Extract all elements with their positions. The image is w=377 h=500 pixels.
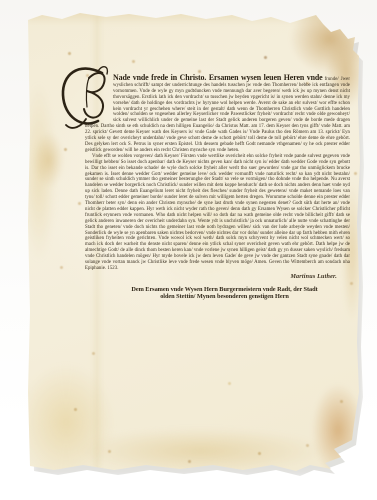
calligraphic-initial-g-icon bbox=[58, 63, 110, 129]
paragraph1-text: frunde/ Jwer wyslichen schrifft/ sampt d… bbox=[85, 77, 350, 153]
address-line-2: olden Stettin/ Mynen besonderen genstige… bbox=[99, 293, 350, 300]
stain-bottom-left bbox=[18, 364, 114, 480]
address-line-1: Dem Ersamen vnde Wysen Hern Burgermeiste… bbox=[99, 286, 350, 293]
paragraph-second: Vnde efft se wolden vorgeven/ dath Keyse… bbox=[85, 154, 350, 272]
photo-stage: G Nade vnde frede in Christo. Ersamen wy… bbox=[0, 0, 377, 500]
stain-left-spots bbox=[34, 132, 64, 188]
drop-cap-initial: G bbox=[85, 75, 113, 119]
foxing-spots bbox=[68, 52, 71, 55]
paragraph2-text: Vnde efft se wolden vorgeven/ dath Keyse… bbox=[85, 154, 350, 265]
salutation-line: Nade vnde frede in Christo. Ersamen wyse… bbox=[113, 73, 323, 82]
paragraph-first: G Nade vnde frede in Christo. Ersamen wy… bbox=[85, 75, 350, 154]
stain-top-band bbox=[28, 8, 360, 24]
letter-text-block: G Nade vnde frede in Christo. Ersamen wy… bbox=[85, 75, 350, 300]
signature-martinus-luther: Martinus Luther. bbox=[85, 275, 350, 281]
paper-sheet: G Nade vnde frede in Christo. Ersamen wy… bbox=[28, 12, 360, 473]
stain-top-right-corner bbox=[290, 4, 370, 74]
stain-left-edge bbox=[22, 82, 56, 262]
address-block: Dem Ersamen vnde Wysen Hern Burgermeiste… bbox=[85, 286, 350, 300]
